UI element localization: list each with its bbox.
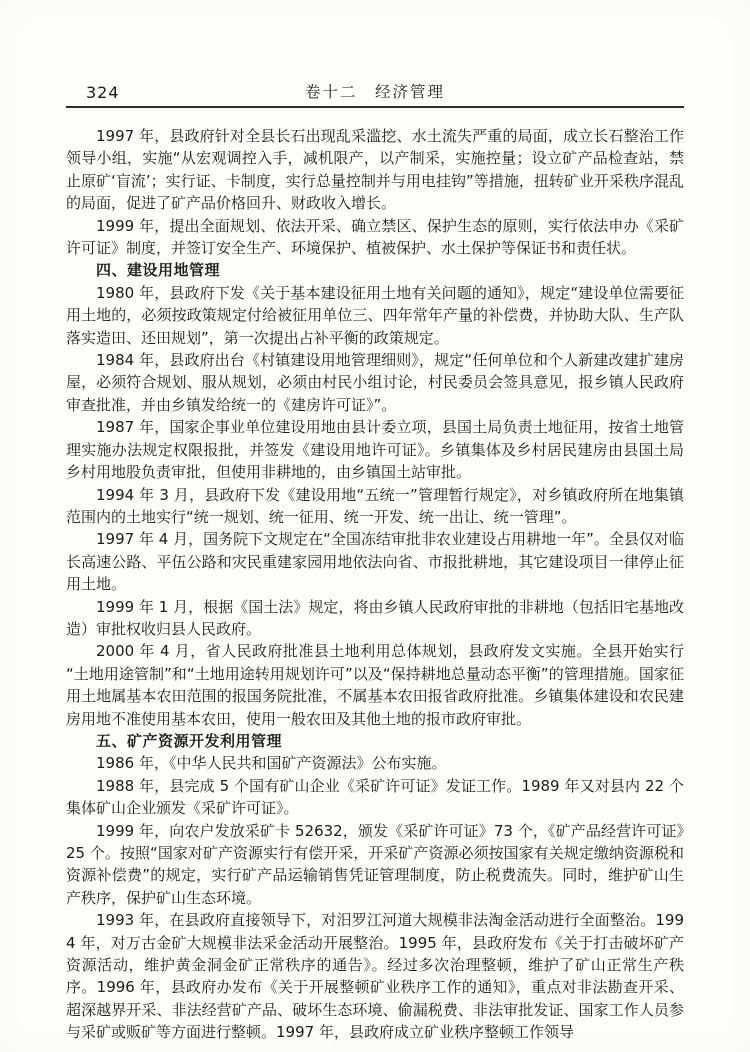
- body-paragraph: 1984 年，县政府出台《村镇建设用地管理细则》，规定“任何单位和个人新建改建扩…: [66, 349, 684, 416]
- body-paragraph: 1999 年，向农户发放采矿卡 52632，颁发《采矿许可证》73 个，《矿产品…: [66, 820, 684, 910]
- content-column: 324 卷十二 经济管理 1997 年，县政府针对全县长石出现乱采滥挖、水土流失…: [66, 0, 684, 1044]
- body-paragraph: 1994 年 3 月，县政府下发《建设用地“五统一”管理暂行规定》，对乡镇政府所…: [66, 484, 684, 529]
- body-paragraph: 1988 年，县完成 5 个国有矿山企业《采矿许可证》发证工作。1989 年又对…: [66, 775, 684, 820]
- body-paragraph: 1997 年，县政府针对全县长石出现乱采滥挖、水土流失严重的局面，成立长石整治工…: [66, 125, 684, 215]
- body-paragraph: 2000 年 4 月，省人民政府批准县土地利用总体规划，县政府发文实施。全县开始…: [66, 640, 684, 730]
- body-paragraph: 1993 年，在县政府直接领导下，对汨罗江河道大规模非法淘金活动进行全面整治。1…: [66, 909, 684, 1043]
- running-header-title: 卷十二 经济管理: [66, 80, 684, 102]
- section-heading: 五、矿产资源开发利用管理: [66, 730, 684, 752]
- body-paragraph: 1986 年，《中华人民共和国矿产资源法》公布实施。: [66, 752, 684, 774]
- body-paragraph: 1980 年，县政府下发《关于基本建设征用土地有关问题的通知》，规定“建设单位需…: [66, 282, 684, 349]
- page-body: 1997 年，县政府针对全县长石出现乱采滥挖、水土流失严重的局面，成立长石整治工…: [66, 108, 684, 1044]
- scanned-book-page: 324 卷十二 经济管理 1997 年，县政府针对全县长石出现乱采滥挖、水土流失…: [0, 0, 750, 1052]
- body-paragraph: 1997 年 4 月，国务院下文规定在“全国冻结审批非农业建设占用耕地一年”。全…: [66, 528, 684, 595]
- page-header: 324 卷十二 经济管理: [66, 0, 684, 108]
- section-heading: 四、建设用地管理: [66, 259, 684, 281]
- body-paragraph: 1999 年，提出全面规划、依法开采、确立禁区、保护生态的原则，实行依法申办《采…: [66, 215, 684, 260]
- body-paragraph: 1987 年，国家企事业单位建设用地由县计委立项，县国土局负责土地征用，按省土地…: [66, 416, 684, 483]
- body-paragraph: 1999 年 1 月，根据《国土法》规定，将由乡镇人民政府审批的非耕地（包括旧宅…: [66, 596, 684, 641]
